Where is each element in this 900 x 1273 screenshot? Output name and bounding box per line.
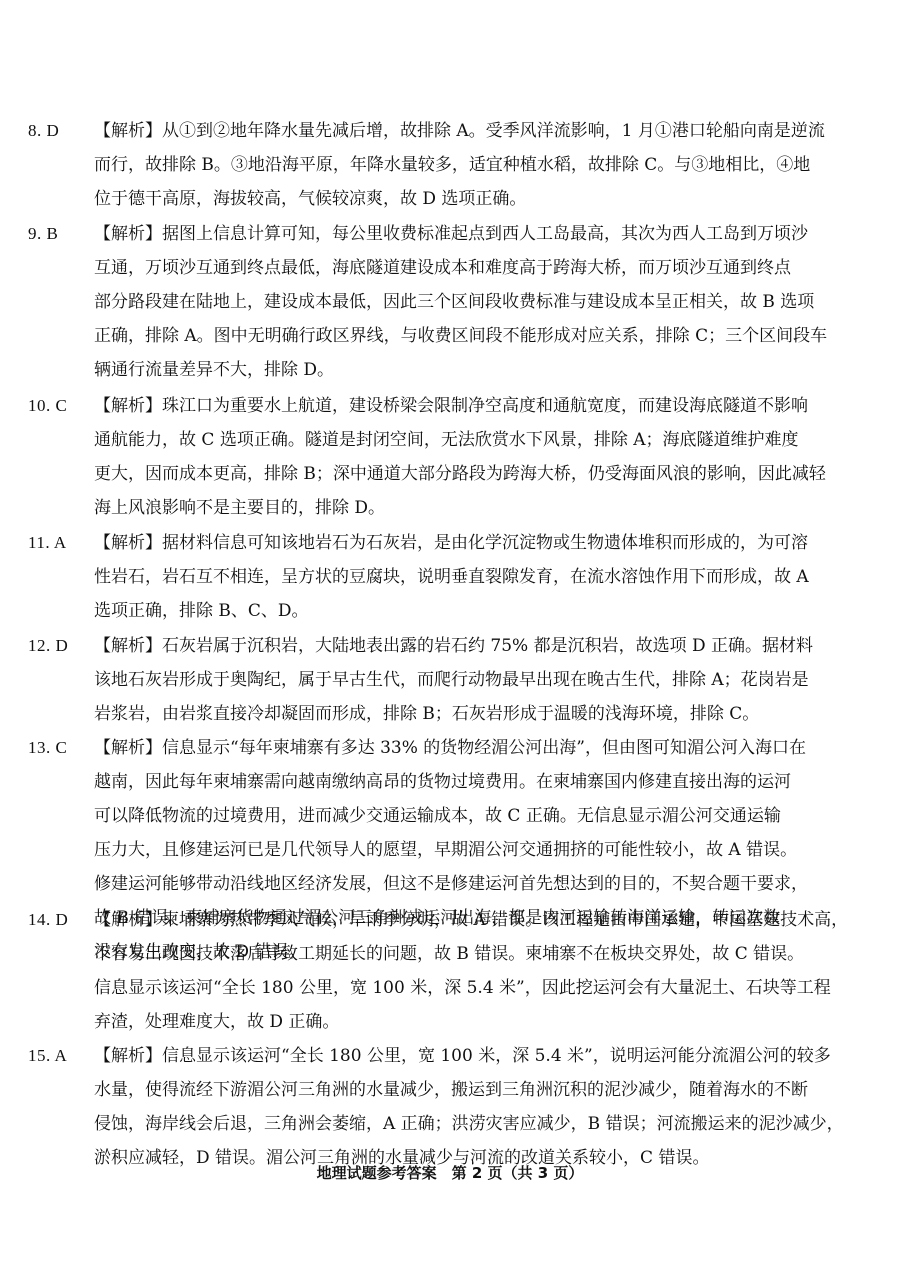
answer-item-12: 12. D 【解析】石灰岩属于沉积岩，大陆地表出露的岩石约 75% 都是沉积岩，… — [28, 629, 868, 731]
explanation-line: 不容易出现因技术落后导致工期延长的问题，故 B 错误。柬埔寨不在板块交界处，故 … — [94, 937, 868, 971]
explanation-line: 该地石灰岩形成于奥陶纪，属于早古生代，而爬行动物最早出现在晚古生代，排除 A；花… — [94, 663, 868, 697]
explanation-line: 而行，故排除 B。③地沿海平原，年降水量较多，适宜种植水稻，故排除 C。与③地相… — [94, 148, 868, 182]
explanation-line: 修建运河能够带动沿线地区经济发展，但这不是修建运河首先想达到的目的，不契合题干要… — [94, 867, 868, 901]
explanation-line: 【解析】信息显示该运河“全长 180 公里，宽 100 米，深 5.4 米”，说… — [94, 1039, 868, 1073]
answer-number: 11. A — [28, 526, 67, 560]
explanation-line: 侵蚀，海岸线会后退，三角洲会萎缩，A 正确；洪涝灾害应减少，B 错误；河流搬运来… — [94, 1107, 868, 1141]
answer-explanation: 【解析】石灰岩属于沉积岩，大陆地表出露的岩石约 75% 都是沉积岩，故选项 D … — [94, 629, 868, 731]
answer-item-11: 11. A 【解析】据材料信息可知该地岩石为石灰岩，是由化学沉淀物或生物遗体堆积… — [28, 526, 868, 628]
explanation-line: 【解析】据材料信息可知该地岩石为石灰岩，是由化学沉淀物或生物遗体堆积而形成的，为… — [94, 526, 868, 560]
answer-number: 13. C — [28, 731, 67, 765]
explanation-line: 海上风浪影响不是主要目的，排除 D。 — [94, 491, 868, 525]
page-footer: 地理试题参考答案 第 2 页（共 3 页） — [0, 1162, 900, 1183]
explanation-line: 正确，排除 A。图中无明确行政区界线，与收费区间段不能形成对应关系，排除 C；三… — [94, 319, 868, 353]
explanation-line: 选项正确，排除 B、C、D。 — [94, 594, 868, 628]
explanation-line: 位于德干高原，海拔较高，气候较凉爽，故 D 选项正确。 — [94, 182, 868, 216]
answer-explanation: 【解析】据图上信息计算可知，每公里收费标准起点到西人工岛最高，其次为西人工岛到万… — [94, 217, 868, 387]
answer-key-page: 8. D 【解析】从①到②地年降水量先减后增，故排除 A。受季风洋流影响，1 月… — [0, 0, 900, 1273]
explanation-line: 辆通行流量差异不大，排除 D。 — [94, 353, 868, 387]
explanation-line: 水量，使得流经下游湄公河三角洲的水量减少，搬运到三角洲沉积的泥沙减少，随着海水的… — [94, 1073, 868, 1107]
answer-explanation: 【解析】据材料信息可知该地岩石为石灰岩，是由化学沉淀物或生物遗体堆积而形成的，为… — [94, 526, 868, 628]
explanation-line: 岩浆岩，由岩浆直接冷却凝固而形成，排除 B；石灰岩形成于温暖的浅海环境，排除 C… — [94, 697, 868, 731]
explanation-line: 【解析】据图上信息计算可知，每公里收费标准起点到西人工岛最高，其次为西人工岛到万… — [94, 217, 868, 251]
answer-explanation: 【解析】珠江口为重要水上航道，建设桥梁会限制净空高度和通航宽度，而建设海底隧道不… — [94, 389, 868, 525]
explanation-line: 性岩石，岩石互不相连，呈方状的豆腐块，说明垂直裂隙发育，在流水溶蚀作用下而形成，… — [94, 560, 868, 594]
explanation-line: 更大，因而成本更高，排除 B；深中通道大部分路段为跨海大桥，仍受海面风浪的影响，… — [94, 457, 868, 491]
answer-item-10: 10. C 【解析】珠江口为重要水上航道，建设桥梁会限制净空高度和通航宽度，而建… — [28, 389, 868, 525]
explanation-line: 【解析】从①到②地年降水量先减后增，故排除 A。受季风洋流影响，1 月①港口轮船… — [94, 114, 868, 148]
explanation-line: 通航能力，故 C 选项正确。隧道是封闭空间，无法欣赏水下风景，排除 A；海底隧道… — [94, 423, 868, 457]
answer-number: 8. D — [28, 114, 59, 148]
answer-number: 14. D — [28, 903, 68, 937]
answer-explanation: 【解析】从①到②地年降水量先减后增，故排除 A。受季风洋流影响，1 月①港口轮船… — [94, 114, 868, 216]
explanation-line: 【解析】珠江口为重要水上航道，建设桥梁会限制净空高度和通航宽度，而建设海底隧道不… — [94, 389, 868, 423]
answer-item-9: 9. B 【解析】据图上信息计算可知，每公里收费标准起点到西人工岛最高，其次为西… — [28, 217, 868, 387]
answer-item-8: 8. D 【解析】从①到②地年降水量先减后增，故排除 A。受季风洋流影响，1 月… — [28, 114, 868, 216]
explanation-line: 可以降低物流的过境费用，进而减少交通运输成本，故 C 正确。无信息显示湄公河交通… — [94, 799, 868, 833]
answer-item-15: 15. A 【解析】信息显示该运河“全长 180 公里，宽 100 米，深 5.… — [28, 1039, 868, 1175]
explanation-line: 【解析】石灰岩属于沉积岩，大陆地表出露的岩石约 75% 都是沉积岩，故选项 D … — [94, 629, 868, 663]
answer-number: 15. A — [28, 1039, 67, 1073]
explanation-line: 越南，因此每年柬埔寨需向越南缴纳高昂的货物过境费用。在柬埔寨国内修建直接出海的运… — [94, 765, 868, 799]
answer-number: 10. C — [28, 389, 67, 423]
answer-explanation: 【解析】信息显示该运河“全长 180 公里，宽 100 米，深 5.4 米”，说… — [94, 1039, 868, 1175]
explanation-line: 互通，万顷沙互通到终点最低，海底隧道建设成本和难度高于跨海大桥，而万顷沙互通到终… — [94, 251, 868, 285]
answer-number: 9. B — [28, 217, 58, 251]
explanation-line: 信息显示该运河“全长 180 公里，宽 100 米，深 5.4 米”，因此挖运河… — [94, 971, 868, 1005]
explanation-line: 压力大，且修建运河已是几代领导人的愿望，早期湄公河交通拥挤的可能性较小，故 A … — [94, 833, 868, 867]
explanation-line: 【解析】信息显示“每年柬埔寨有多达 33% 的货物经湄公河出海”，但由图可知湄公… — [94, 731, 868, 765]
explanation-line: 部分路段建在陆地上，建设成本最低，因此三个区间段收费标准与建设成本呈正相关，故 … — [94, 285, 868, 319]
answer-item-14: 14. D 【解析】柬埔寨为热带季风气候，旱雨季分明，故 A 错误。该工程是由中… — [28, 903, 868, 1039]
answer-number: 12. D — [28, 629, 68, 663]
explanation-line: 弃渣，处理难度大，故 D 正确。 — [94, 1005, 868, 1039]
answer-explanation: 【解析】柬埔寨为热带季风气候，旱雨季分明，故 A 错误。该工程是由中国承建，中国… — [94, 903, 868, 1039]
explanation-line: 【解析】柬埔寨为热带季风气候，旱雨季分明，故 A 错误。该工程是由中国承建，中国… — [94, 903, 868, 937]
